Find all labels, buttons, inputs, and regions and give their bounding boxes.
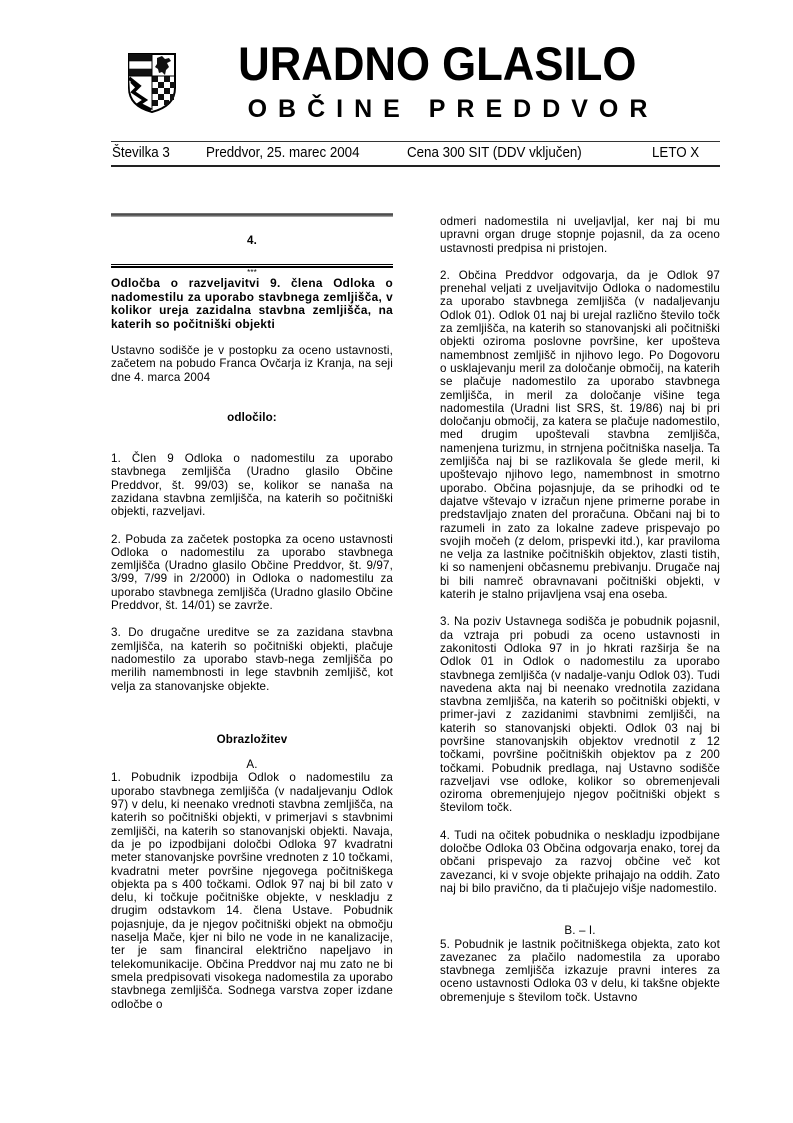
left-column: 4. *** Odločba o razveljavitvi 9. člena … — [111, 213, 393, 1011]
issue-place-date: Preddvor, 25. marec 2004 — [206, 145, 360, 161]
article-number: 4. — [111, 234, 393, 247]
issue-info-bar: Številka 3 Preddvor, 25. marec 2004 Cena… — [111, 141, 720, 167]
decision-2: 2. Pobuda za začetek postopka za oceno u… — [111, 533, 393, 613]
gazette-title: URADNO GLASILO — [228, 38, 647, 90]
article-title: Odločba o razveljavitvi 9. člena Odloka … — [111, 277, 393, 331]
section-b1-heading: B. – I. — [440, 924, 720, 937]
gazette-subtitle: OBČINE PREDDVOR — [243, 94, 663, 124]
section-a-paragraph-4: 4. Tudi na očitek pobudnika o neskladju … — [440, 829, 720, 895]
section-a-heading: A. — [111, 758, 393, 771]
gazette-page: URADNO GLASILO OBČINE PREDDVOR Številka … — [0, 0, 793, 1123]
reasoning-heading: Obrazložitev — [111, 733, 393, 746]
issue-number: Številka 3 — [112, 145, 170, 161]
section-a-paragraph-3: 3. Na poziv Ustavnega sodišča je pobudni… — [440, 615, 720, 814]
section-b1-paragraph-5: 5. Pobudnik je lastnik počitniškega obje… — [440, 938, 720, 1004]
article-intro: Ustavno sodišče je v postopku za oceno u… — [111, 344, 393, 384]
section-a-paragraph-2: 2. Občina Preddvor odgovarja, da je Odlo… — [440, 269, 720, 601]
issue-price: Cena 300 SIT (DDV vključen) — [407, 145, 582, 161]
section-rule-top — [111, 213, 393, 217]
coat-of-arms-icon — [127, 52, 177, 114]
decision-3: 3. Do drugačne ureditve se za zazidana s… — [111, 626, 393, 692]
decided-heading: odločilo: — [111, 411, 393, 424]
right-column: odmeri nadomestila ni uveljavljal, ker n… — [440, 215, 720, 1004]
issue-year: LETO X — [652, 145, 699, 161]
paragraph-1-continuation: odmeri nadomestila ni uveljavljal, ker n… — [440, 215, 720, 255]
decision-1: 1. Člen 9 Odloka o nadomestilu za uporab… — [111, 452, 393, 518]
section-a-paragraph-1: 1. Pobudnik izpodbija Odlok o nadomestil… — [111, 771, 393, 1010]
